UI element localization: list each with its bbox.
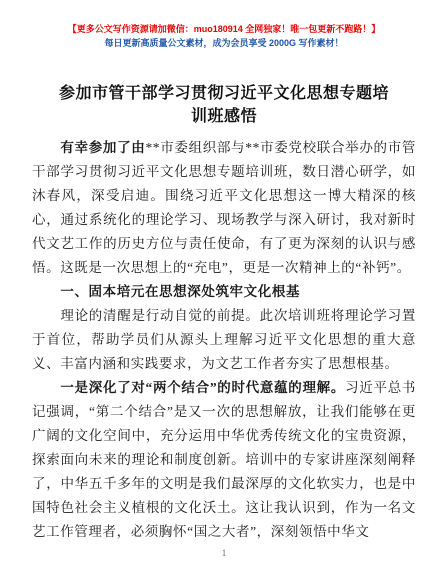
document-title: 参加市管干部学习贯彻习近平文化思想专题培训班感悟	[55, 82, 393, 128]
promo-line-2: 每日更新高质量公文素材，成为会员享受 2000G 写作素材！	[0, 36, 448, 50]
paragraph-2-text: 理论的清醒是行动自觉的前提。此次培训班将理论学习置于首位，帮助学员们从源头上理解…	[32, 308, 416, 371]
paragraph-3: 一是深化了对“两个结合”的时代意蕴的理解。习近平总书记强调，“第二个结合”是又一…	[32, 376, 416, 544]
paragraph-3-text: 习近平总书记强调，“第二个结合”是又一次的思想解放，让我们能够在更广阔的文化空间…	[32, 380, 416, 539]
paragraph-1-lead: 有幸参加了由	[60, 140, 145, 155]
paragraph-3-lead: 一是深化了对“两个结合”的时代意蕴的理解。	[60, 380, 345, 395]
promo-banner: 【更多公文写作资源请加微信：muo180914 全网独家！唯一包更新不跑路！】 …	[0, 0, 448, 50]
document-page: 【更多公文写作资源请加微信：muo180914 全网独家！唯一包更新不跑路！】 …	[0, 0, 448, 580]
paragraph-1-text: **市委组织部与**市委党校联合举办的市管干部学习贯彻习近平文化思想专题培训班，…	[32, 140, 416, 275]
section-1-heading: 一、固本培元在思想深处筑牢文化根基	[32, 280, 416, 304]
paragraph-2: 理论的清醒是行动自觉的前提。此次培训班将理论学习置于首位，帮助学员们从源头上理解…	[32, 304, 416, 376]
paragraph-1: 有幸参加了由**市委组织部与**市委党校联合举办的市管干部学习贯彻习近平文化思想…	[32, 136, 416, 280]
document-body: 有幸参加了由**市委组织部与**市委党校联合举办的市管干部学习贯彻习近平文化思想…	[0, 136, 448, 544]
promo-line-1: 【更多公文写作资源请加微信：muo180914 全网独家！唯一包更新不跑路！】	[0, 22, 448, 36]
page-number: 1	[0, 548, 448, 558]
